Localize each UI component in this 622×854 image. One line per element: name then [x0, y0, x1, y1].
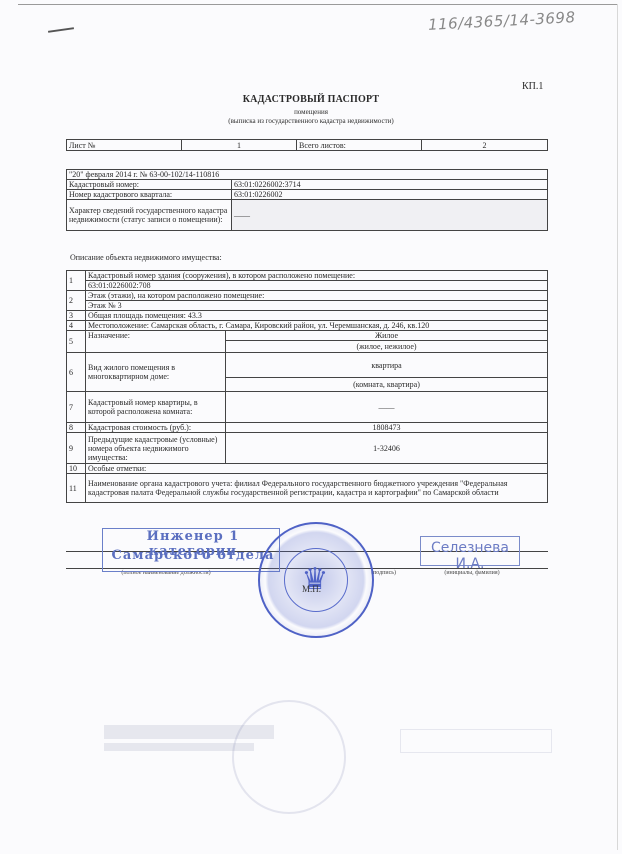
row-num: 7	[67, 392, 86, 423]
purpose-value: Жилое	[226, 331, 548, 341]
row-num: 10	[67, 464, 86, 474]
dwelling-type-hint: (комната, квартира)	[226, 378, 548, 392]
building-number-label: Кадастровый номер здания (сооружения), в…	[86, 271, 548, 281]
date-line: "20" февраля 2014 г. № 63-00-102/14-1108…	[67, 170, 548, 180]
row-num: 9	[67, 433, 86, 464]
header-table: "20" февраля 2014 г. № 63-00-102/14-1108…	[66, 169, 548, 231]
record-status-label: Характер сведений государственного кадас…	[67, 200, 232, 231]
quarter-number-label: Номер кадастрового квартала:	[67, 190, 232, 200]
row-num: 3	[67, 311, 86, 321]
apartment-number-value: ——	[226, 392, 548, 423]
scan-edge-top	[18, 4, 618, 5]
total-sheets-label: Всего листов:	[297, 140, 422, 151]
building-number-value: 63:01:0226002:708	[86, 281, 548, 291]
document-subtitle-note: (выписка из государственного кадастра не…	[0, 117, 622, 125]
apartment-number-label: Кадастровый номер квартиры, в которой ра…	[86, 392, 226, 423]
row-num: 11	[67, 474, 86, 503]
description-label: Описание объекта недвижимого имущества:	[70, 253, 222, 262]
eagle-emblem-icon: ♛	[295, 560, 335, 600]
dwelling-type-value: квартира	[226, 353, 548, 378]
description-table: 1 Кадастровый номер здания (сооружения),…	[66, 270, 548, 503]
cadastral-number-value: 63:01:0226002:3714	[232, 180, 548, 190]
document-title: КАДАСТРОВЫЙ ПАСПОРТ	[0, 94, 622, 105]
previous-numbers-label: Предыдущие кадастровые (условные) номера…	[86, 433, 226, 464]
seal-label: М.П.	[302, 584, 321, 594]
row-num: 8	[67, 423, 86, 433]
row-num: 5	[67, 331, 86, 353]
sheet-info-table: Лист № 1 Всего листов: 2	[66, 139, 548, 151]
purpose-label: Назначение:	[86, 331, 226, 353]
document-subtitle: помещения	[0, 108, 622, 116]
total-sheets-value: 2	[422, 140, 548, 151]
cadastral-value: 1808473	[226, 423, 548, 433]
name-stamp-text: Селезнева И.А.	[424, 540, 516, 572]
form-code: КП.1	[522, 81, 543, 92]
row-num: 4	[67, 321, 86, 331]
sheet-number: 1	[182, 140, 297, 151]
previous-numbers-value: 1-32406	[226, 433, 548, 464]
area: Общая площадь помещения: 43.3	[86, 311, 548, 321]
row-num: 2	[67, 291, 86, 311]
row-num: 6	[67, 353, 86, 392]
row-num: 1	[67, 271, 86, 291]
cadastral-value-label: Кадастровая стоимость (руб.):	[86, 423, 226, 433]
bleed-through-seal	[232, 700, 346, 814]
dwelling-type-label: Вид жилого помещения в многоквартирном д…	[86, 353, 226, 392]
location: Местоположение: Самарская область, г. Са…	[86, 321, 548, 331]
record-status-value: ——	[232, 200, 548, 231]
position-stamp-line2: Самарского отдела	[108, 548, 278, 563]
registration-authority: Наименование органа кадастрового учета: …	[86, 474, 548, 503]
quarter-number-value: 63:01:0226002	[232, 190, 548, 200]
scan-edge-right	[617, 4, 618, 850]
floor-value: Этаж № 3	[86, 301, 548, 311]
pen-mark	[48, 27, 74, 33]
floor-label: Этаж (этажи), на котором расположено пом…	[86, 291, 548, 301]
purpose-hint: (жилое, нежилое)	[226, 341, 548, 353]
handwritten-number: 116/4365/14-3698	[428, 8, 576, 34]
cadastral-number-label: Кадастровый номер:	[67, 180, 232, 190]
special-notes: Особые отметки:	[86, 464, 548, 474]
sheet-label: Лист №	[67, 140, 182, 151]
